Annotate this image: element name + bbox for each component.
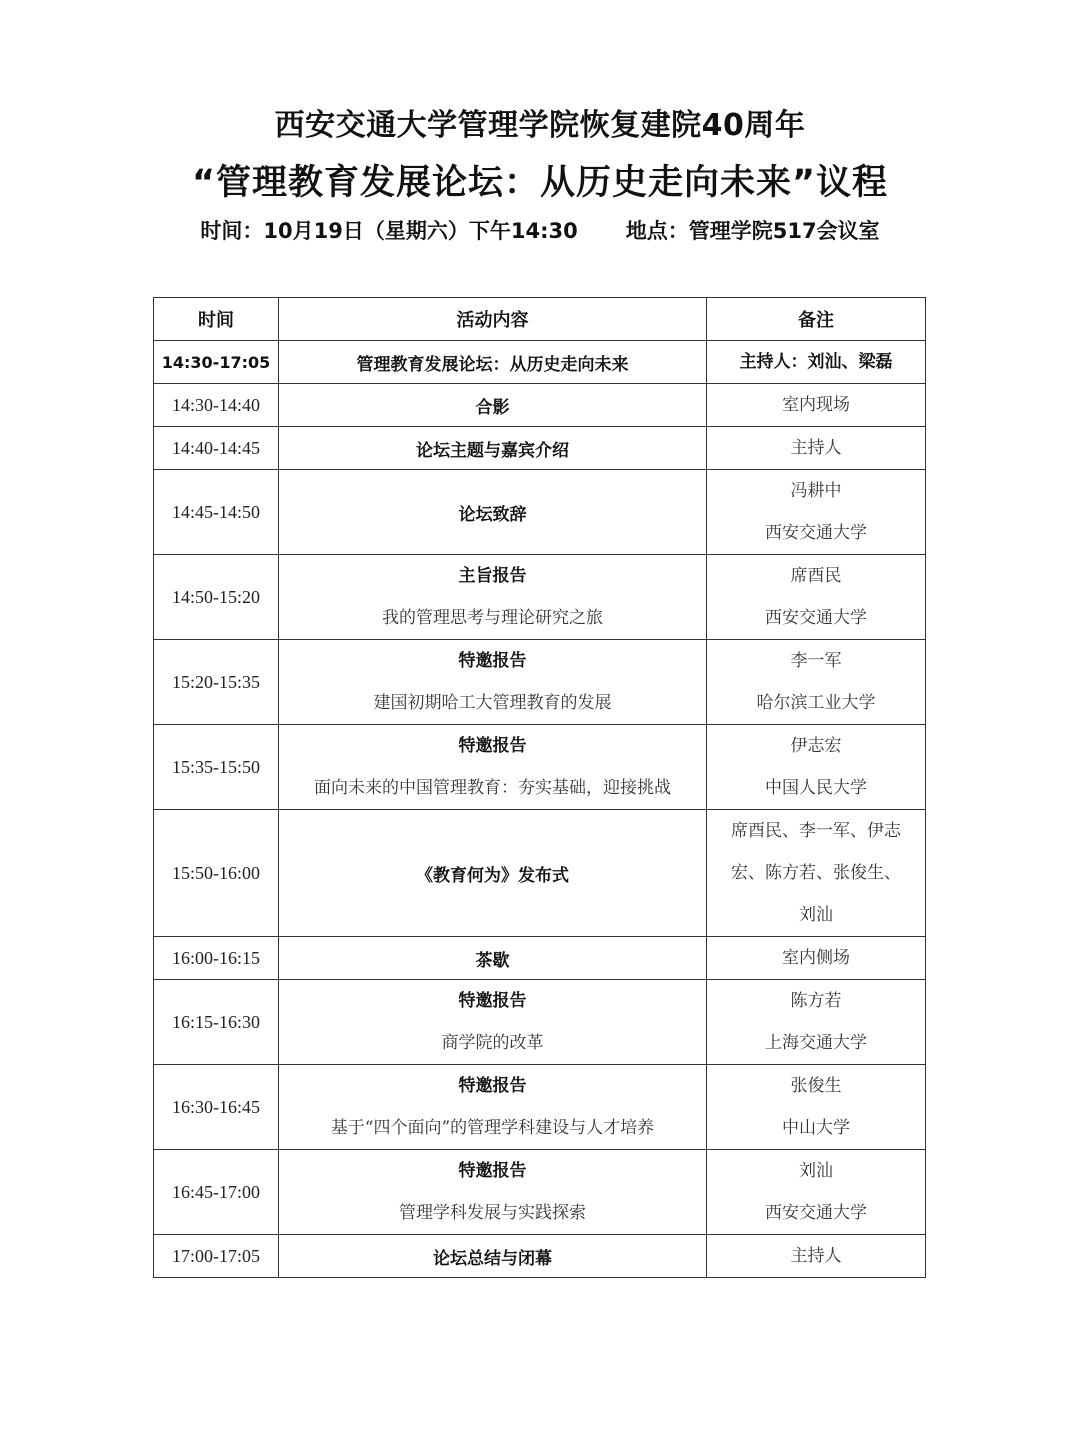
activity-title: 特邀报告 — [279, 980, 706, 1022]
note-cell: 主持人：刘汕、梁磊 — [707, 341, 926, 384]
activity-subtitle: 管理学科发展与实践探索 — [279, 1192, 706, 1234]
table-row: 15:20-15:35 特邀报告 建国初期哈工大管理教育的发展 李一军 哈尔滨工… — [154, 640, 926, 725]
activity-title: 特邀报告 — [279, 1150, 706, 1192]
time-cell: 14:30-17:05 — [154, 341, 279, 384]
table-row: 14:45-14:50 论坛致辞 冯耕中 西安交通大学 — [154, 470, 926, 555]
table-row: 16:15-16:30 特邀报告 商学院的改革 陈方若 上海交通大学 — [154, 980, 926, 1065]
activity-cell: 管理教育发展论坛：从历史走向未来 — [279, 341, 707, 384]
activity-title: 特邀报告 — [279, 1065, 706, 1107]
time-cell: 15:20-15:35 — [154, 640, 279, 725]
activity-subtitle: 建国初期哈工大管理教育的发展 — [279, 682, 706, 724]
activity-cell: 合影 — [279, 384, 707, 427]
event-location: 地点：管理学院517会议室 — [626, 219, 880, 243]
speaker-affiliation: 中山大学 — [707, 1107, 925, 1149]
speaker-list-line: 宏、陈方若、张俊生、 — [707, 852, 925, 894]
table-row: 15:35-15:50 特邀报告 面向未来的中国管理教育：夯实基础，迎接挑战 伊… — [154, 725, 926, 810]
activity-cell: 主旨报告 我的管理思考与理论研究之旅 — [279, 555, 707, 640]
table-row: 16:30-16:45 特邀报告 基于“四个面向”的管理学科建设与人才培养 张俊… — [154, 1065, 926, 1150]
note-cell: 室内现场 — [707, 384, 926, 427]
speaker-affiliation: 西安交通大学 — [707, 1192, 925, 1234]
activity-cell: 论坛总结与闭幕 — [279, 1235, 707, 1278]
activity-title: 主旨报告 — [279, 555, 706, 597]
table-row: 17:00-17:05 论坛总结与闭幕 主持人 — [154, 1235, 926, 1278]
speaker-name: 冯耕中 — [707, 470, 925, 512]
activity-title: 特邀报告 — [279, 725, 706, 767]
column-header-note: 备注 — [707, 298, 926, 341]
time-cell: 16:15-16:30 — [154, 980, 279, 1065]
activity-cell: 特邀报告 商学院的改革 — [279, 980, 707, 1065]
speaker-name: 李一军 — [707, 640, 925, 682]
time-cell: 14:30-14:40 — [154, 384, 279, 427]
speaker-name: 伊志宏 — [707, 725, 925, 767]
document-title: 西安交通大学管理学院恢复建院40周年 — [0, 100, 1080, 144]
speaker-affiliation: 西安交通大学 — [707, 512, 925, 554]
activity-subtitle: 基于“四个面向”的管理学科建设与人才培养 — [279, 1107, 706, 1149]
column-header-activity: 活动内容 — [279, 298, 707, 341]
time-cell: 17:00-17:05 — [154, 1235, 279, 1278]
activity-cell: 特邀报告 基于“四个面向”的管理学科建设与人才培养 — [279, 1065, 707, 1150]
column-header-time: 时间 — [154, 298, 279, 341]
activity-title: 特邀报告 — [279, 640, 706, 682]
activity-cell: 论坛主题与嘉宾介绍 — [279, 427, 707, 470]
time-cell: 15:50-16:00 — [154, 810, 279, 937]
time-cell: 15:35-15:50 — [154, 725, 279, 810]
table-row: 14:30-14:40 合影 室内现场 — [154, 384, 926, 427]
speaker-list-line: 刘汕 — [707, 894, 925, 936]
speaker-name: 刘汕 — [707, 1150, 925, 1192]
event-time: 时间：10月19日（星期六）下午14:30 — [200, 219, 577, 243]
event-info: 时间：10月19日（星期六）下午14:30地点：管理学院517会议室 — [0, 215, 1080, 245]
time-cell: 16:45-17:00 — [154, 1150, 279, 1235]
table-row: 16:00-16:15 茶歇 室内侧场 — [154, 937, 926, 980]
time-cell: 16:00-16:15 — [154, 937, 279, 980]
speaker-affiliation: 西安交通大学 — [707, 597, 925, 639]
activity-cell: 茶歇 — [279, 937, 707, 980]
speaker-list-line: 席酉民、李一军、伊志 — [707, 810, 925, 852]
activity-subtitle: 面向未来的中国管理教育：夯实基础，迎接挑战 — [279, 767, 706, 809]
speaker-name: 陈方若 — [707, 980, 925, 1022]
speaker-affiliation: 上海交通大学 — [707, 1022, 925, 1064]
table-header-row: 时间 活动内容 备注 — [154, 298, 926, 341]
note-cell: 席酉民、李一军、伊志 宏、陈方若、张俊生、 刘汕 — [707, 810, 926, 937]
activity-cell: 特邀报告 管理学科发展与实践探索 — [279, 1150, 707, 1235]
note-cell: 伊志宏 中国人民大学 — [707, 725, 926, 810]
note-cell: 主持人 — [707, 1235, 926, 1278]
speaker-affiliation: 哈尔滨工业大学 — [707, 682, 925, 724]
time-cell: 14:45-14:50 — [154, 470, 279, 555]
time-cell: 14:50-15:20 — [154, 555, 279, 640]
note-cell: 主持人 — [707, 427, 926, 470]
note-cell: 李一军 哈尔滨工业大学 — [707, 640, 926, 725]
table-row: 14:50-15:20 主旨报告 我的管理思考与理论研究之旅 席酉民 西安交通大… — [154, 555, 926, 640]
table-row: 15:50-16:00 《教育何为》发布式 席酉民、李一军、伊志 宏、陈方若、张… — [154, 810, 926, 937]
speaker-name: 张俊生 — [707, 1065, 925, 1107]
note-cell: 陈方若 上海交通大学 — [707, 980, 926, 1065]
time-cell: 14:40-14:45 — [154, 427, 279, 470]
activity-cell: 论坛致辞 — [279, 470, 707, 555]
note-cell: 冯耕中 西安交通大学 — [707, 470, 926, 555]
note-cell: 张俊生 中山大学 — [707, 1065, 926, 1150]
speaker-affiliation: 中国人民大学 — [707, 767, 925, 809]
activity-subtitle: 商学院的改革 — [279, 1022, 706, 1064]
activity-cell: 特邀报告 建国初期哈工大管理教育的发展 — [279, 640, 707, 725]
note-cell: 室内侧场 — [707, 937, 926, 980]
agenda-table: 时间 活动内容 备注 14:30-17:05 管理教育发展论坛：从历史走向未来 … — [153, 297, 926, 1278]
time-cell: 16:30-16:45 — [154, 1065, 279, 1150]
forum-agenda-title: “管理教育发展论坛：从历史走向未来”议程 — [0, 155, 1080, 205]
speaker-name: 席酉民 — [707, 555, 925, 597]
note-cell: 刘汕 西安交通大学 — [707, 1150, 926, 1235]
activity-subtitle: 我的管理思考与理论研究之旅 — [279, 597, 706, 639]
table-row: 14:40-14:45 论坛主题与嘉宾介绍 主持人 — [154, 427, 926, 470]
summary-row: 14:30-17:05 管理教育发展论坛：从历史走向未来 主持人：刘汕、梁磊 — [154, 341, 926, 384]
activity-cell: 《教育何为》发布式 — [279, 810, 707, 937]
note-cell: 席酉民 西安交通大学 — [707, 555, 926, 640]
activity-cell: 特邀报告 面向未来的中国管理教育：夯实基础，迎接挑战 — [279, 725, 707, 810]
table-row: 16:45-17:00 特邀报告 管理学科发展与实践探索 刘汕 西安交通大学 — [154, 1150, 926, 1235]
